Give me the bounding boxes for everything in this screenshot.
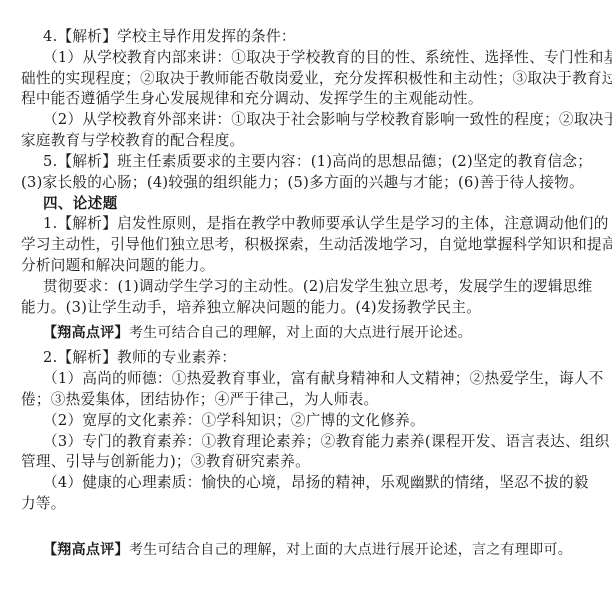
q5-line2: (3)家长般的心肠；(4)较强的组织能力；(5)多方面的兴趣与才能；(6)善于待… (21, 173, 573, 193)
essay2-p1-line2: 倦；③热爱集体，团结协作；④严于律己，为人师表。 (21, 390, 573, 410)
essay2-p3-line2: 管理、引导与创新能力)；③教育研究素养。 (21, 452, 573, 472)
essay2-p1-line1: （1）高尚的师德：①热爱教育事业，富有献身精神和人文精神；②热爱学生，诲人不 (43, 369, 573, 389)
essay1-requirements-line1: 贯彻要求：(1)调动学生学习的主动性。(2)启发学生独立思考，发展学生的逻辑思维 (43, 277, 573, 297)
q4-p1-line2: 础性的实现程度；②取决于教师能否敬岗爱业，充分发挥积极性和主动性；③取决于教育过 (21, 69, 573, 89)
essay1-line2: 学习主动性，引导他们独立思考，积极探索，生动活泼地学习，自觉地掌握科学知识和提高 (21, 235, 573, 255)
essay2-p3-line1: （3）专门的教育素养：①教育理论素养；②教育能力素养(课程开发、语言表达、组织 (43, 432, 573, 452)
essay2-p4-line2: 力等。 (21, 494, 573, 514)
comment-tag: 【翔高点评】 (43, 325, 129, 341)
essay2-p2-line1: （2）宽厚的文化素养：①学科知识；②广博的文化修养。 (43, 411, 573, 431)
q4-p2-line1: （2）从学校教育外部来讲：①取决于社会影响与学校教育影响一致性的程度；②取决于 (43, 110, 573, 130)
q4-p1-line1: （1）从学校教育内部来讲：①取决于学校教育的目的性、系统性、选择性、专门性和基 (43, 48, 573, 68)
essay2-p4-line1: （4）健康的心理素质：愉快的心境，昂扬的精神，乐观幽默的情绪，坚忍不拔的毅 (43, 473, 573, 493)
essay1-requirements-line2: 能力。(3)让学生动手，培养独立解决问题的能力。(4)发扬教学民主。 (21, 298, 573, 318)
q4-p1-line3: 程中能否遵循学生身心发展规律和充分调动、发挥学生的主观能动性。 (21, 89, 573, 109)
essay1-line1: 1.【解析】启发性原则，是指在教学中教师要承认学生是学习的主体，注意调动他们的 (43, 214, 573, 234)
comment-tag: 【翔高点评】 (43, 542, 129, 558)
q5-line1: 5.【解析】班主任素质要求的主要内容：(1)高尚的思想品德；(2)坚定的教育信念… (43, 152, 573, 172)
comment-text: 考生可结合自己的理解，对上面的大点进行展开论述，言之有理即可。 (129, 542, 572, 558)
comment-text: 考生可结合自己的理解，对上面的大点进行展开论述。 (129, 325, 472, 341)
q4-p2-line2: 家庭教育与学校教育的配合程度。 (21, 131, 573, 151)
essay1-line3: 分析问题和解决问题的能力。 (21, 256, 573, 276)
essay1-comment: 【翔高点评】考生可结合自己的理解，对上面的大点进行展开论述。 (43, 323, 595, 343)
q4-title: 4.【解析】学校主导作用发挥的条件： (43, 27, 573, 47)
section-heading: 四、论述题 (43, 194, 595, 214)
essay2-comment: 【翔高点评】考生可结合自己的理解，对上面的大点进行展开论述，言之有理即可。 (43, 540, 595, 560)
document-page: 4.【解析】学校主导作用发挥的条件： （1）从学校教育内部来讲：①取决于学校教育… (0, 0, 612, 595)
essay2-title: 2.【解析】教师的专业素养： (43, 348, 573, 368)
